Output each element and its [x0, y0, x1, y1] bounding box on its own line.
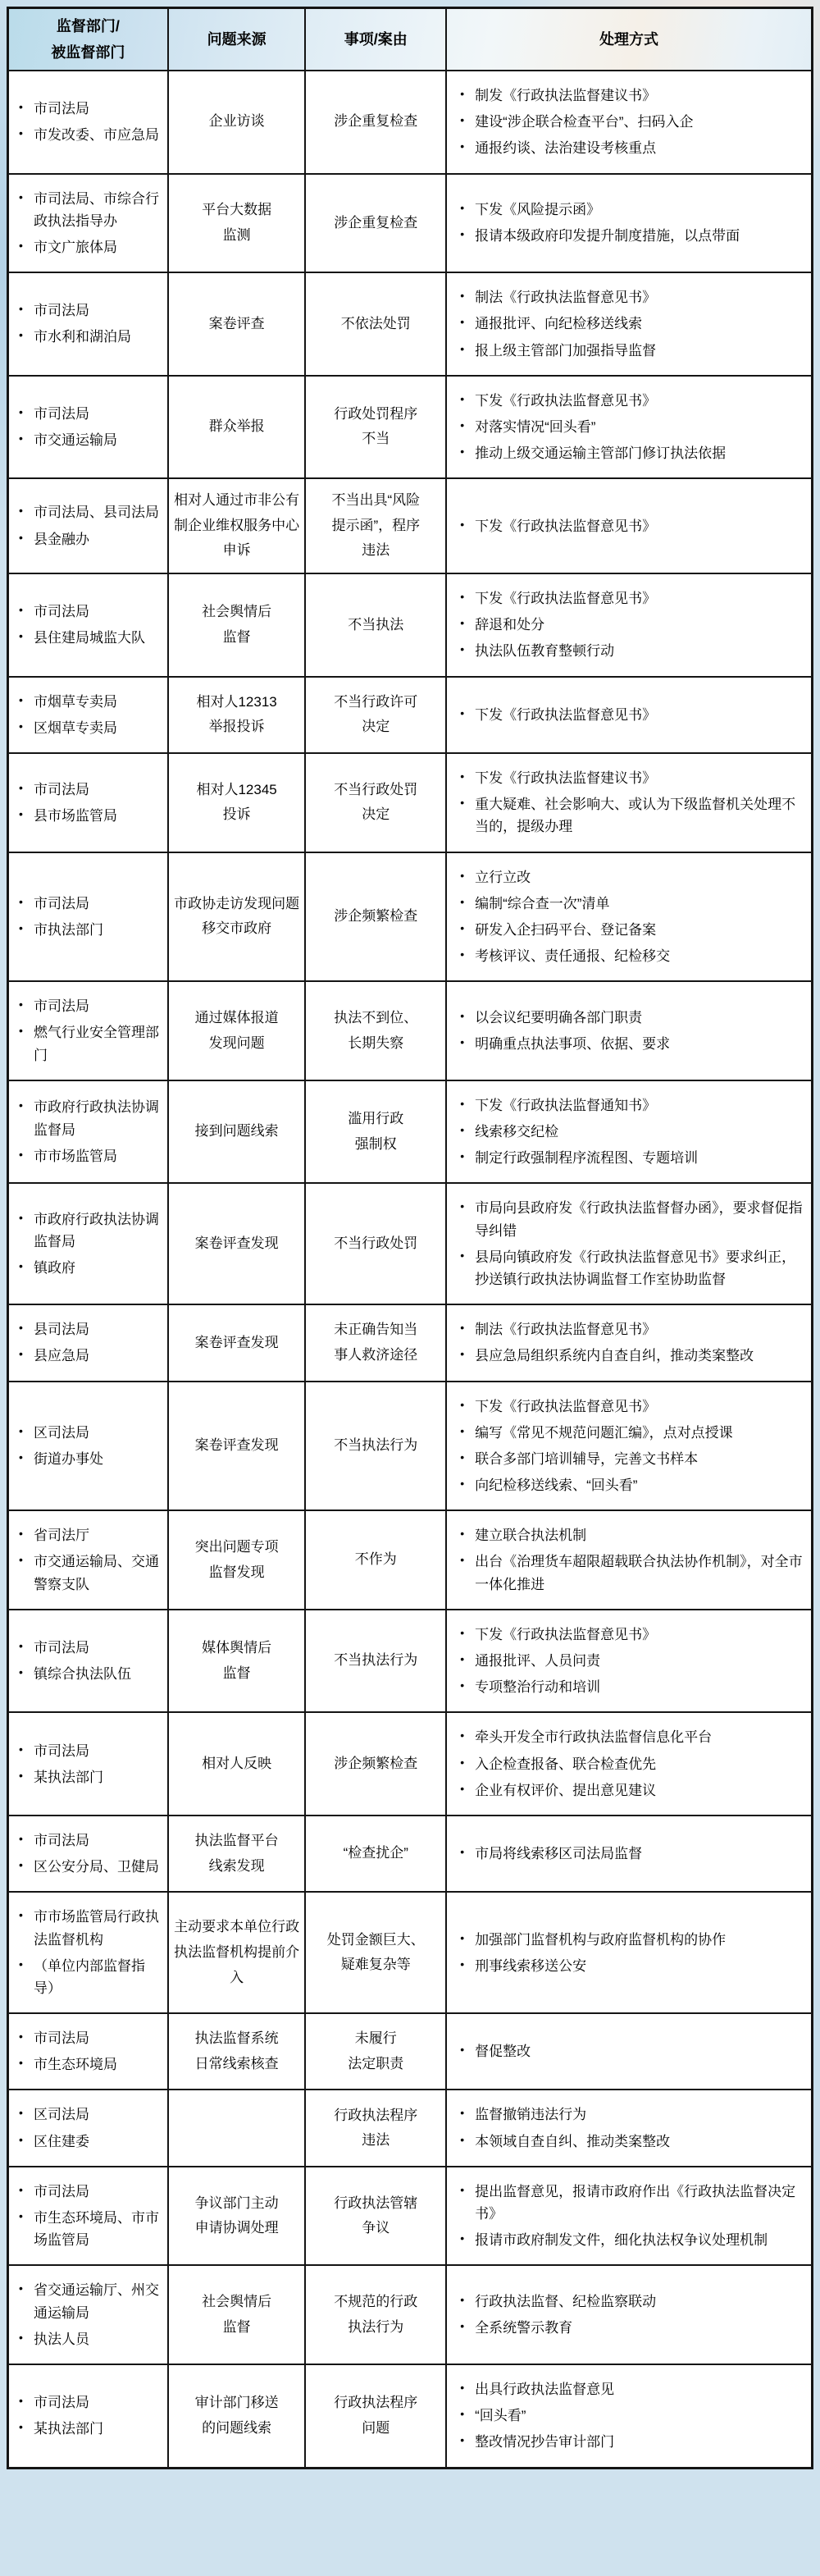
bullet-icon: •	[16, 528, 26, 550]
departments-cell: •市司法局•市交通运输局	[8, 376, 168, 479]
list-item: •对落实情况“回头看”	[457, 416, 803, 438]
departments-cell: •市司法局•区公安分局、卫健局	[8, 1816, 168, 1892]
bullet-icon: •	[457, 1121, 467, 1143]
bullet-icon: •	[457, 793, 467, 838]
bullet-icon: •	[457, 640, 467, 662]
list-item-text: 编写《常见不规范问题汇编》，点对点授课	[475, 1422, 803, 1444]
list-item: •市市场监管局行政执法监督机构	[16, 1906, 161, 1950]
list-item: •线索移交纪检	[457, 1121, 803, 1143]
list-item-text: 县局向镇政府发《行政执法监督意见书》要求纠正，抄送镇行政执法协调监督工作室协助监…	[475, 1246, 803, 1290]
source-cell: 媒体舆情后 监督	[168, 1610, 306, 1713]
list-item-text: 督促整改	[475, 2040, 803, 2062]
list-item: •专项整治行动和培训	[457, 1676, 803, 1698]
table-body: •市司法局•市发改委、市应急局 企业访谈 涉企重复检查 •制发《行政执法监督建议…	[8, 71, 813, 2468]
table-row: •市市场监管局行政执法监督机构•（单位内部监督指导） 主动要求本单位行政执法监督…	[8, 1892, 813, 2013]
matter-text: 行政执法程序 违法	[311, 2103, 440, 2154]
list-item: •市发改委、市应急局	[16, 124, 161, 146]
bullet-icon: •	[457, 340, 467, 362]
departments-cell: •区司法局•区住建委	[8, 2090, 168, 2166]
matter-text: 涉企频繁检查	[311, 1752, 440, 1777]
matter-cell: 涉企重复检查	[305, 174, 446, 273]
list-item: •考核评议、责任通报、纪检移交	[457, 945, 803, 967]
matter-cell: “检查扰企”	[305, 1816, 446, 1892]
bullet-icon: •	[16, 627, 26, 649]
bullet-icon: •	[457, 2181, 467, 2225]
source-text: 社会舆情后 监督	[174, 600, 300, 650]
bullet-icon: •	[16, 1829, 26, 1852]
matter-text: 不当出具“风险 提示函”，程序 违法	[311, 488, 440, 564]
actions-cell: •立行立改•编制“综合查一次”清单•研发入企扫码平台、登记备案•考核评议、责任通…	[446, 852, 812, 982]
bullet-icon: •	[457, 1726, 467, 1748]
list-item: •市司法局	[16, 601, 161, 623]
departments-cell: •市司法局•镇综合执法队伍	[8, 1610, 168, 1713]
bullet-icon: •	[16, 2391, 26, 2414]
list-item: •市烟草专卖局	[16, 691, 161, 713]
list-item-text: 镇政府	[34, 1257, 161, 1279]
bullet-icon: •	[16, 2328, 26, 2350]
list-item-text: 省司法厅	[34, 1524, 161, 1546]
list-item: •镇综合执法队伍	[16, 1663, 161, 1685]
list-item: •建设“涉企联合检查平台”、扫码入企	[457, 111, 803, 133]
matter-cell: 处罚金额巨大、 疑难复杂等	[305, 1892, 446, 2013]
list-item-text: 辞退和处分	[475, 614, 803, 636]
departments-cell: •市司法局•某执法部门	[8, 1712, 168, 1816]
list-item: •市司法局、市综合行政执法指导办	[16, 188, 161, 232]
matter-cell: 不当行政处罚	[305, 1183, 446, 1304]
departments-cell: •市司法局•市执法部门	[8, 852, 168, 982]
bullet-icon: •	[16, 1955, 26, 1999]
list-item-text: 市司法局、市综合行政执法指导办	[34, 188, 161, 232]
source-text: 企业访谈	[174, 109, 300, 135]
list-item-text: 刑事线索移送公安	[475, 1955, 803, 1977]
list-item: •下发《行政执法监督意见书》	[457, 587, 803, 610]
table-row: •市司法局•燃气行业安全管理部门 通过媒体报道 发现问题 执法不到位、 长期失察…	[8, 981, 813, 1080]
list-item-text: 立行立改	[475, 866, 803, 888]
list-item-text: 出具行政执法监督意见	[475, 2378, 803, 2400]
departments-cell: •市司法局•燃气行业安全管理部门	[8, 981, 168, 1080]
matter-text: 不规范的行政 执法行为	[311, 2290, 440, 2340]
source-cell: 相对人反映	[168, 1712, 306, 1816]
list-item: •市交通运输局、交通警察支队	[16, 1551, 161, 1595]
source-text: 突出问题专项 监督发现	[174, 1535, 300, 1585]
list-item-text: 推动上级交通运输主管部门修订执法依据	[475, 442, 803, 464]
list-item: •某执法部门	[16, 2418, 161, 2440]
source-cell: 市政协走访发现问题 移交市政府	[168, 852, 306, 982]
source-text: 平台大数据 监测	[174, 198, 300, 248]
list-item-text: 本领域自查自纠、推动类案整改	[475, 2131, 803, 2153]
list-item-text: 行政执法监督、纪检监察联动	[475, 2291, 803, 2313]
list-item: •行政执法监督、纪检监察联动	[457, 2291, 803, 2313]
list-item-text: 县应急局	[34, 1345, 161, 1367]
list-item: •通报约谈、法治建设考核重点	[457, 137, 803, 159]
list-item: •加强部门监督机构与政府监督机构的协作	[457, 1929, 803, 1951]
bullet-icon: •	[457, 286, 467, 308]
bullet-icon: •	[457, 2131, 467, 2153]
list-item-text: 区公安分局、卫健局	[34, 1856, 161, 1878]
list-item: •市执法部门	[16, 919, 161, 941]
list-item: •入企检查报备、联合检查优先	[457, 1753, 803, 1775]
matter-text: 不当执法行为	[311, 1648, 440, 1674]
list-item: •提出监督意见，报请市政府作出《行政执法监督决定书》	[457, 2181, 803, 2225]
list-item-text: 省交通运输厅、州交通运输局	[34, 2279, 161, 2323]
list-item-text: 对落实情况“回头看”	[475, 416, 803, 438]
source-text: 社会舆情后 监督	[174, 2290, 300, 2340]
bullet-icon: •	[457, 442, 467, 464]
list-item: •省司法厅	[16, 1524, 161, 1546]
list-item: •区司法局	[16, 1422, 161, 1444]
bullet-icon: •	[457, 2317, 467, 2339]
matter-text: 行政执法程序 问题	[311, 2391, 440, 2441]
list-item-text: （单位内部监督指导）	[34, 1955, 161, 1999]
bullet-icon: •	[457, 390, 467, 412]
departments-cell: •省司法厅•市交通运输局、交通警察支队	[8, 1510, 168, 1610]
list-item: •市政府行政执法协调监督局	[16, 1208, 161, 1253]
bullet-icon: •	[16, 1145, 26, 1167]
list-item-text: 区住建委	[34, 2131, 161, 2153]
matter-cell: 涉企重复检查	[305, 71, 446, 174]
supervision-table: 监督部门/ 被监督部门 问题来源 事项/案由 处理方式 •市司法局•市发改委、市…	[7, 7, 813, 2469]
bullet-icon: •	[457, 137, 467, 159]
departments-cell: •市司法局•某执法部门	[8, 2364, 168, 2468]
list-item: •全系统警示教育	[457, 2317, 803, 2339]
list-item: •市司法局	[16, 995, 161, 1017]
actions-cell: •提出监督意见，报请市政府作出《行政执法监督决定书》•报请市政府制发文件，细化执…	[446, 2167, 812, 2266]
list-item: •市司法局	[16, 1740, 161, 1762]
list-item-text: 专项整治行动和培训	[475, 1676, 803, 1698]
table-row: •省司法厅•市交通运输局、交通警察支队 突出问题专项 监督发现 不作为 •建立联…	[8, 1510, 813, 1610]
bullet-icon: •	[457, 1197, 467, 1241]
list-item-text: 建立联合执法机制	[475, 1524, 803, 1546]
bullet-icon: •	[16, 2103, 26, 2126]
bullet-icon: •	[457, 1395, 467, 1418]
source-text: 案卷评查发现	[174, 1231, 300, 1257]
departments-cell: •县司法局•县应急局	[8, 1304, 168, 1381]
list-item: •出具行政执法监督意见	[457, 2378, 803, 2400]
bullet-icon: •	[16, 1096, 26, 1140]
list-item: •区司法局	[16, 2103, 161, 2126]
bullet-icon: •	[16, 2131, 26, 2153]
list-item: •制发《行政执法监督建议书》	[457, 84, 803, 107]
bullet-icon: •	[457, 1843, 467, 1865]
list-item: •下发《行政执法监督通知书》	[457, 1094, 803, 1117]
bullet-icon: •	[457, 1246, 467, 1290]
list-item-text: 下发《行政执法监督意见书》	[475, 587, 803, 610]
matter-text: 不当行政处罚	[311, 1231, 440, 1257]
matter-text: 涉企重复检查	[311, 211, 440, 236]
source-cell: 社会舆情后 监督	[168, 573, 306, 677]
list-item: •整改情况抄告审计部门	[457, 2431, 803, 2453]
matter-text: 不当行政许可 决定	[311, 690, 440, 740]
actions-cell: •下发《行政执法监督意见书》•通报批评、人员问责•专项整治行动和培训	[446, 1610, 812, 1713]
list-item-text: 市局将线索移区司法局监督	[475, 1843, 803, 1865]
list-item: •监督撤销违法行为	[457, 2103, 803, 2126]
bullet-icon: •	[457, 1318, 467, 1341]
matter-cell: 不当出具“风险 提示函”，程序 违法	[305, 478, 446, 573]
table-row: •市政府行政执法协调监督局•市市场监管局 接到问题线索 滥用行政 强制权 •下发…	[8, 1080, 813, 1184]
list-item: •制定行政强制程序流程图、专题培训	[457, 1147, 803, 1169]
matter-cell: 行政执法管辖 争议	[305, 2167, 446, 2266]
list-item-text: 制定行政强制程序流程图、专题培训	[475, 1147, 803, 1169]
source-cell: 案卷评查发现	[168, 1183, 306, 1304]
bullet-icon: •	[16, 1448, 26, 1470]
table-row: •市司法局、县司法局•县金融办 相对人通过市非公有制企业维权服务中心申诉 不当出…	[8, 478, 813, 573]
actions-cell: •下发《行政执法监督意见书》•对落实情况“回头看”•推动上级交通运输主管部门修订…	[446, 376, 812, 479]
list-item-text: 街道办事处	[34, 1448, 161, 1470]
actions-cell: •以会议纪要明确各部门职责•明确重点执法事项、依据、要求	[446, 981, 812, 1080]
list-item-text: 编制“综合查一次”清单	[475, 893, 803, 915]
bullet-icon: •	[457, 199, 467, 221]
list-item: •市市场监管局	[16, 1145, 161, 1167]
table-row: •区司法局•区住建委 行政执法程序 违法 •监督撤销违法行为•本领域自查自纠、推…	[8, 2090, 813, 2166]
col-header-departments: 监督部门/ 被监督部门	[8, 8, 168, 71]
bullet-icon: •	[457, 919, 467, 941]
bullet-icon: •	[16, 1257, 26, 1279]
bullet-icon: •	[16, 1906, 26, 1950]
source-text: 媒体舆情后 监督	[174, 1636, 300, 1686]
list-item: •报请市政府制发文件，细化执法权争议处理机制	[457, 2229, 803, 2251]
bullet-icon: •	[16, 805, 26, 827]
list-item: •县应急局组织系统内自查自纠，推动类案整改	[457, 1345, 803, 1367]
list-item-text: 市政府行政执法协调监督局	[34, 1208, 161, 1253]
list-item-text: 建设“涉企联合检查平台”、扫码入企	[475, 111, 803, 133]
bullet-icon: •	[457, 1753, 467, 1775]
bullet-icon: •	[457, 945, 467, 967]
departments-cell: •市烟草专卖局•区烟草专卖局	[8, 677, 168, 753]
actions-cell: •下发《行政执法监督意见书》•编写《常见不规范问题汇编》，点对点授课•联合多部门…	[446, 1382, 812, 1511]
matter-text: 执法不到位、 长期失察	[311, 1006, 440, 1056]
list-item-text: 通报约谈、法治建设考核重点	[475, 137, 803, 159]
matter-text: 行政执法管辖 争议	[311, 2191, 440, 2241]
bullet-icon: •	[457, 225, 467, 247]
list-item: •制法《行政执法监督意见书》	[457, 1318, 803, 1341]
bullet-icon: •	[16, 501, 26, 523]
bullet-icon: •	[457, 1094, 467, 1117]
matter-text: 涉企重复检查	[311, 109, 440, 135]
table-row: •市司法局•县市场监管局 相对人12345 投诉 不当行政处罚 决定 •下发《行…	[8, 753, 813, 852]
bullet-icon: •	[16, 1740, 26, 1762]
list-item-text: 全系统警示教育	[475, 2317, 803, 2339]
list-item: •牵头开发全市行政执法监督信息化平台	[457, 1726, 803, 1748]
departments-cell: •市司法局•县住建局城监大队	[8, 573, 168, 677]
bullet-icon: •	[457, 1474, 467, 1496]
matter-text: 行政处罚程序 不当	[311, 402, 440, 452]
departments-cell: •市政府行政执法协调监督局•镇政府	[8, 1183, 168, 1304]
departments-cell: •市司法局、市综合行政执法指导办•市文广旅体局	[8, 174, 168, 273]
source-cell: 社会舆情后 监督	[168, 2265, 306, 2364]
matter-cell: 不当执法行为	[305, 1610, 446, 1713]
bullet-icon: •	[457, 1448, 467, 1470]
matter-text: 滥用行政 强制权	[311, 1107, 440, 1157]
table-row: •市司法局•市生态环境局 执法监督系统 日常线索核查 未履行 法定职责 •督促整…	[8, 2013, 813, 2090]
bullet-icon: •	[457, 84, 467, 107]
list-item: •县金融办	[16, 528, 161, 550]
source-cell: 通过媒体报道 发现问题	[168, 981, 306, 1080]
list-item-text: 市交通运输局、交通警察支队	[34, 1551, 161, 1595]
list-item-text: 下发《行政执法监督意见书》	[475, 1395, 803, 1418]
list-item: •辞退和处分	[457, 614, 803, 636]
list-item: •下发《行政执法监督意见书》	[457, 1624, 803, 1646]
list-item-text: 市市场监管局	[34, 1145, 161, 1167]
source-text: 案卷评查发现	[174, 1331, 300, 1356]
bullet-icon: •	[457, 313, 467, 335]
list-item-text: 报上级主管部门加强指导监督	[475, 340, 803, 362]
table-row: •市司法局•市发改委、市应急局 企业访谈 涉企重复检查 •制发《行政执法监督建议…	[8, 71, 813, 174]
list-item-text: 市交通运输局	[34, 429, 161, 451]
list-item-text: 通报批评、向纪检移送线索	[475, 313, 803, 335]
matter-text: 不依法处罚	[311, 312, 440, 337]
list-item-text: 区司法局	[34, 1422, 161, 1444]
table-row: •市司法局•县住建局城监大队 社会舆情后 监督 不当执法 •下发《行政执法监督意…	[8, 573, 813, 677]
list-item: •编写《常见不规范问题汇编》，点对点授课	[457, 1422, 803, 1444]
matter-cell: 执法不到位、 长期失察	[305, 981, 446, 1080]
list-item-text: 执法人员	[34, 2328, 161, 2350]
list-item-text: 市政府行政执法协调监督局	[34, 1096, 161, 1140]
bullet-icon: •	[457, 1624, 467, 1646]
list-item-text: “回头看”	[475, 2405, 803, 2427]
matter-cell: 滥用行政 强制权	[305, 1080, 446, 1184]
matter-text: 处罚金额巨大、 疑难复杂等	[311, 1928, 440, 1978]
list-item-text: 市司法局	[34, 601, 161, 623]
bullet-icon: •	[457, 416, 467, 438]
list-item-text: 市执法部门	[34, 919, 161, 941]
bullet-icon: •	[16, 601, 26, 623]
list-item: •县应急局	[16, 1345, 161, 1367]
list-item: •推动上级交通运输主管部门修订执法依据	[457, 442, 803, 464]
bullet-icon: •	[457, 1551, 467, 1595]
bullet-icon: •	[457, 1650, 467, 1672]
bullet-icon: •	[457, 1345, 467, 1367]
matter-cell: 不当执法	[305, 573, 446, 677]
bullet-icon: •	[16, 1318, 26, 1341]
actions-cell: •制法《行政执法监督意见书》•县应急局组织系统内自查自纠，推动类案整改	[446, 1304, 812, 1381]
list-item-text: 提出监督意见，报请市政府作出《行政执法监督决定书》	[475, 2181, 803, 2225]
list-item-text: 市生态环境局、市市场监管局	[34, 2207, 161, 2251]
departments-cell: •省交通运输厅、州交通运输局•执法人员	[8, 2265, 168, 2364]
matter-cell: 行政处罚程序 不当	[305, 376, 446, 479]
source-text: 案卷评查	[174, 312, 300, 337]
table-row: •省交通运输厅、州交通运输局•执法人员 社会舆情后 监督 不规范的行政 执法行为…	[8, 2265, 813, 2364]
list-item-text: 联合多部门培训辅导，完善文书样本	[475, 1448, 803, 1470]
table-row: •市司法局•市生态环境局、市市场监管局 争议部门主动 申请协调处理 行政执法管辖…	[8, 2167, 813, 2266]
bullet-icon: •	[457, 515, 467, 537]
list-item-text: 通报批评、人员问责	[475, 1650, 803, 1672]
matter-text: 不作为	[311, 1547, 440, 1573]
matter-text: 未正确告知当 事人救济途径	[311, 1318, 440, 1368]
table-row: •市司法局•市执法部门 市政协走访发现问题 移交市政府 涉企频繁检查 •立行立改…	[8, 852, 813, 982]
departments-cell: •市市场监管局行政执法监督机构•（单位内部监督指导）	[8, 1892, 168, 2013]
list-item-text: 区司法局	[34, 2103, 161, 2126]
list-item-text: 下发《行政执法监督建议书》	[475, 767, 803, 789]
list-item: •督促整改	[457, 2040, 803, 2062]
bullet-icon: •	[457, 893, 467, 915]
bullet-icon: •	[457, 111, 467, 133]
bullet-icon: •	[16, 236, 26, 258]
source-cell: 突出问题专项 监督发现	[168, 1510, 306, 1610]
departments-cell: •市司法局•市生态环境局	[8, 2013, 168, 2090]
departments-cell: •市司法局•市水利和湖泊局	[8, 272, 168, 376]
list-item: •建立联合执法机制	[457, 1524, 803, 1546]
list-item-text: 下发《行政执法监督意见书》	[475, 1624, 803, 1646]
list-item: •企业有权评价、提出意见建议	[457, 1779, 803, 1802]
list-item: •某执法部门	[16, 1766, 161, 1788]
matter-cell: 不依法处罚	[305, 272, 446, 376]
list-item-text: 制法《行政执法监督意见书》	[475, 1318, 803, 1341]
list-item-text: 市司法局	[34, 1829, 161, 1852]
list-item-text: 市司法局	[34, 403, 161, 425]
table-row: •区司法局•街道办事处 案卷评查发现 不当执法行为 •下发《行政执法监督意见书》…	[8, 1382, 813, 1511]
list-item: •研发入企扫码平台、登记备案	[457, 919, 803, 941]
matter-cell: 不当行政许可 决定	[305, 677, 446, 753]
bullet-icon: •	[16, 779, 26, 801]
list-item-text: 制发《行政执法监督建议书》	[475, 84, 803, 107]
matter-cell: 不当行政处罚 决定	[305, 753, 446, 852]
bullet-icon: •	[16, 1663, 26, 1685]
source-text: 相对人通过市非公有制企业维权服务中心申诉	[174, 488, 300, 564]
table-row: •市司法局•镇综合执法队伍 媒体舆情后 监督 不当执法行为 •下发《行政执法监督…	[8, 1610, 813, 1713]
list-item: •市生态环境局、市市场监管局	[16, 2207, 161, 2251]
bullet-icon: •	[457, 1033, 467, 1055]
departments-cell: •区司法局•街道办事处	[8, 1382, 168, 1511]
source-cell: 接到问题线索	[168, 1080, 306, 1184]
matter-cell: 未正确告知当 事人救济途径	[305, 1304, 446, 1381]
list-item: •执法队伍教育整顿行动	[457, 640, 803, 662]
bullet-icon: •	[16, 919, 26, 941]
bullet-icon: •	[16, 1021, 26, 1066]
list-item: •市司法局	[16, 2391, 161, 2414]
departments-cell: •市政府行政执法协调监督局•市市场监管局	[8, 1080, 168, 1184]
source-cell: 案卷评查发现	[168, 1382, 306, 1511]
list-item: •市文广旅体局	[16, 236, 161, 258]
table-row: •市司法局、市综合行政执法指导办•市文广旅体局 平台大数据 监测 涉企重复检查 …	[8, 174, 813, 273]
bullet-icon: •	[457, 2291, 467, 2313]
bullet-icon: •	[16, 299, 26, 322]
actions-cell: •出具行政执法监督意见•“回头看”•整改情况抄告审计部门	[446, 2364, 812, 2468]
list-item: •刑事线索移送公安	[457, 1955, 803, 1977]
list-item: •下发《行政执法监督意见书》	[457, 1395, 803, 1418]
list-item-text: 燃气行业安全管理部门	[34, 1021, 161, 1066]
bullet-icon: •	[16, 2181, 26, 2203]
list-item: •市司法局	[16, 1637, 161, 1659]
bullet-icon: •	[457, 2229, 467, 2251]
actions-cell: •下发《行政执法监督建议书》•重大疑难、社会影响大、或认为下级监督机关处理不当的…	[446, 753, 812, 852]
source-cell: 争议部门主动 申请协调处理	[168, 2167, 306, 2266]
list-item: •区住建委	[16, 2131, 161, 2153]
list-item: •市局向县政府发《行政执法监督督办函》，要求督促指导纠错	[457, 1197, 803, 1241]
source-text: 审计部门移送 的问题线索	[174, 2391, 300, 2441]
matter-text: 不当执法行为	[311, 1433, 440, 1459]
actions-cell: •下发《行政执法监督通知书》•线索移交纪检•制定行政强制程序流程图、专题培训	[446, 1080, 812, 1184]
bullet-icon: •	[16, 188, 26, 232]
list-item-text: 向纪检移送线索、“回头看”	[475, 1474, 803, 1496]
list-item-text: 研发入企扫码平台、登记备案	[475, 919, 803, 941]
list-item-text: 考核评议、责任通报、纪检移交	[475, 945, 803, 967]
list-item-text: 企业有权评价、提出意见建议	[475, 1779, 803, 1802]
list-item-text: 市司法局	[34, 299, 161, 322]
actions-cell: •建立联合执法机制•出台《治理货车超限超载联合执法协作机制》，对全市一体化推进	[446, 1510, 812, 1610]
matter-text: 不当执法	[311, 613, 440, 638]
bullet-icon: •	[16, 2418, 26, 2440]
matter-cell: 不当执法行为	[305, 1382, 446, 1511]
list-item-text: 市司法局	[34, 98, 161, 120]
list-item-text: 镇综合执法队伍	[34, 1663, 161, 1685]
source-text: 案卷评查发现	[174, 1433, 300, 1459]
source-text: 接到问题线索	[174, 1119, 300, 1144]
actions-cell: •下发《行政执法监督意见书》•辞退和处分•执法队伍教育整顿行动	[446, 573, 812, 677]
list-item: •市司法局	[16, 299, 161, 322]
list-item-text: 报请本级政府印发提升制度措施，以点带面	[475, 225, 803, 247]
bullet-icon: •	[16, 1856, 26, 1878]
list-item-text: 整改情况抄告审计部门	[475, 2431, 803, 2453]
